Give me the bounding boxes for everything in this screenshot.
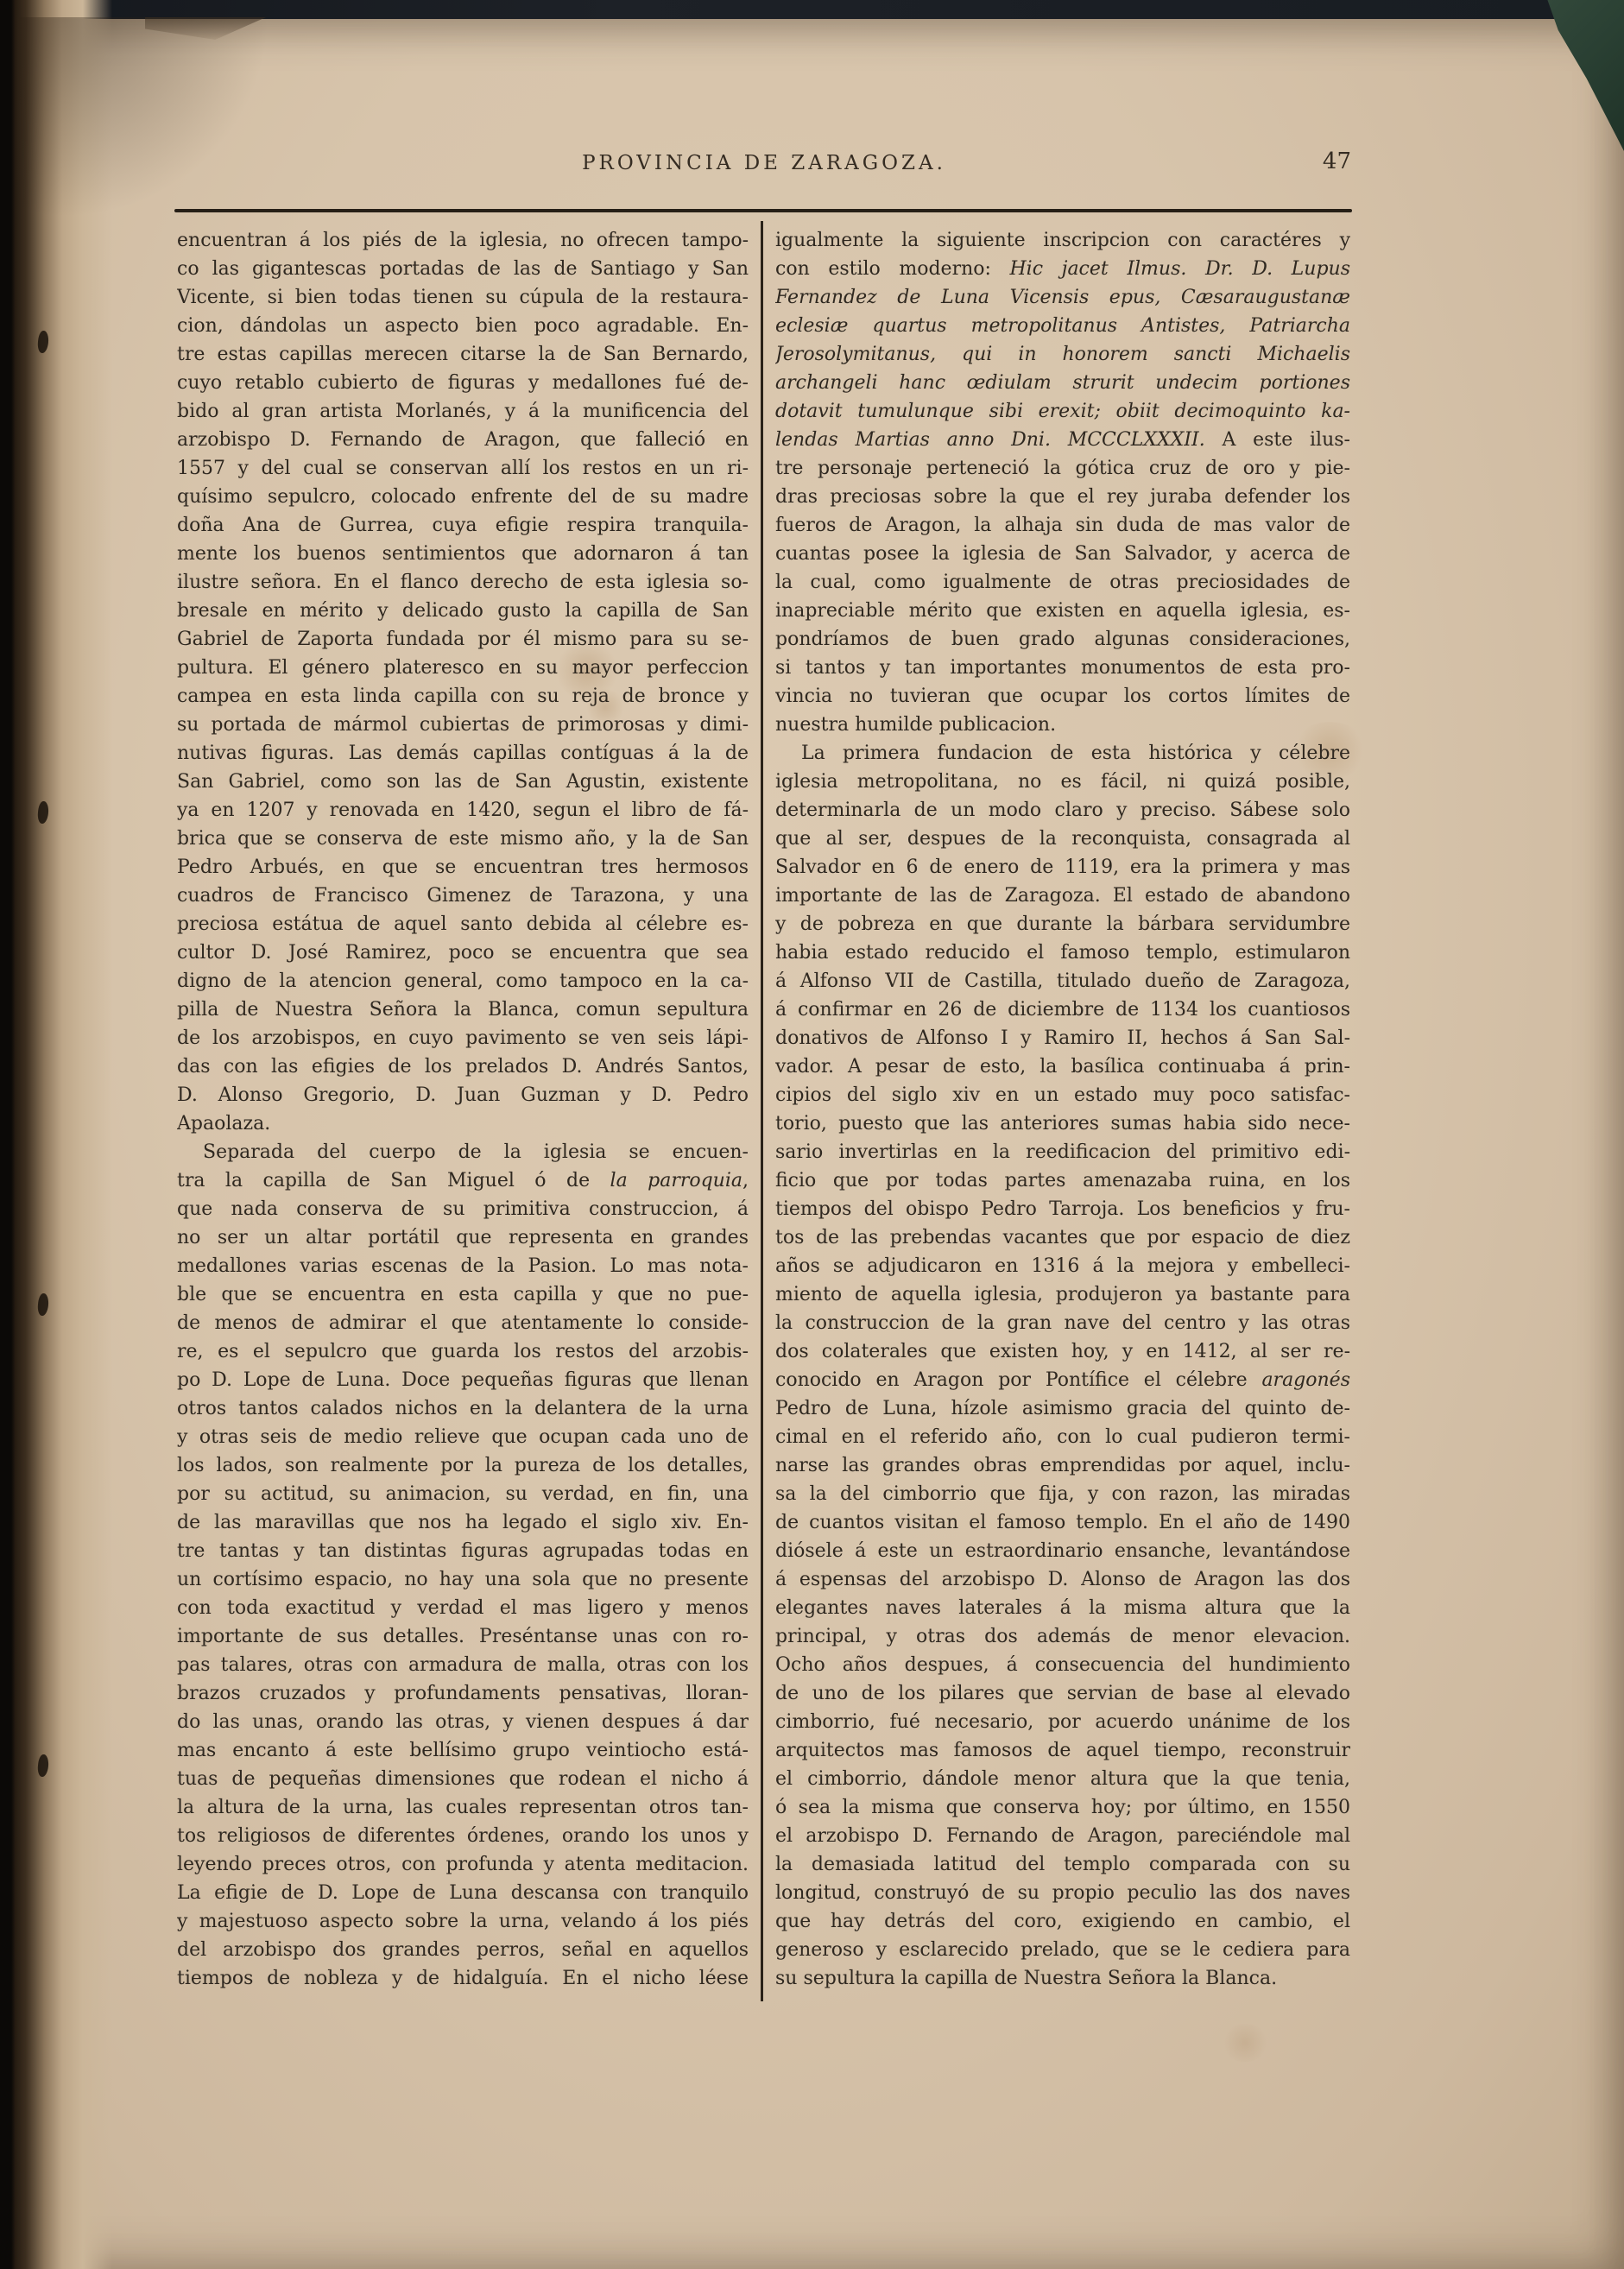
text-line: quísimo sepulcro, colocado enfrente del …: [177, 483, 749, 511]
text-segment: bido al gran artista Morlanés, y á la mu…: [177, 401, 749, 422]
text-segment: brica que se conserva de este mismo año,…: [177, 828, 749, 850]
text-segment: con estilo moderno:: [775, 258, 1010, 280]
text-line: de menos de admirar el que atentamente l…: [177, 1309, 749, 1337]
text-line: La efigie de D. Lope de Luna descansa co…: [177, 1879, 749, 1907]
text-line: tre personaje perteneció la gótica cruz …: [775, 454, 1350, 483]
text-line: mente los buenos sentimientos que adorna…: [177, 540, 749, 568]
text-line: La primera fundacion de esta histórica y…: [775, 739, 1350, 768]
text-segment: importante de sus detalles. Preséntanse …: [177, 1626, 749, 1647]
text-segment: importante de las de Zaragoza. El estado…: [775, 885, 1350, 907]
text-line: ble que se encuentra en esta capilla y q…: [177, 1280, 749, 1309]
text-line: conocido en Aragon por Pontífice el céle…: [775, 1366, 1350, 1394]
text-line: cimborrio, fué necesario, por acuerdo un…: [775, 1708, 1350, 1736]
text-line: de las maravillas que nos ha legado el s…: [177, 1508, 749, 1537]
text-segment: Jerosolymitanus, qui in honorem sancti M…: [775, 344, 1350, 365]
text-line: principal, y otras dos además de menor e…: [775, 1622, 1350, 1651]
text-segment: otros tantos calados nichos en la delant…: [177, 1398, 749, 1419]
text-segment: y otras seis de medio relieve que ocupan…: [177, 1426, 749, 1448]
text-line: re, es el sepulcro que guarda los restos…: [177, 1337, 749, 1366]
text-segment: pilla de Nuestra Señora la Blanca, comun…: [177, 999, 749, 1021]
text-line: un cortísimo espacio, no hay una sola qu…: [177, 1565, 749, 1594]
text-line: cuantas posee la iglesia de San Salvador…: [775, 540, 1350, 568]
text-segment: 1557 y del cual se conservan allí los re…: [177, 458, 749, 479]
text-segment: tos de las prebendas vacantes que por es…: [775, 1227, 1350, 1248]
text-segment: encuentran á los piés de la iglesia, no …: [177, 230, 749, 251]
text-line: do las unas, orando las otras, y vienen …: [177, 1708, 749, 1736]
text-segment: fueros de Aragon, la alhaja sin duda de …: [775, 515, 1350, 536]
text-segment: diósele á este un estraordinario ensanch…: [775, 1540, 1350, 1562]
text-line: importante de sus detalles. Preséntanse …: [177, 1622, 749, 1651]
text-segment: nuestra humilde publicacion.: [775, 714, 1056, 736]
text-segment: campea en esta linda capilla con su reja…: [177, 686, 749, 707]
text-segment: eclesiæ quartus metropolitanus Antistes,…: [775, 315, 1350, 337]
text-line: digno de la atencion general, como tampo…: [177, 967, 749, 995]
text-line: arquitectos mas famosos de aquel tiempo,…: [775, 1736, 1350, 1765]
text-line: sa la del cimborrio que fija, y con razo…: [775, 1480, 1350, 1508]
text-line: nutivas figuras. Las demás capillas cont…: [177, 739, 749, 768]
text-line: dos colaterales que existen hoy, y en 14…: [775, 1337, 1350, 1366]
text-segment: vincia no tuvieran que ocupar los cortos…: [775, 686, 1350, 707]
text-segment: determinarla de un modo claro y preciso.…: [775, 800, 1350, 821]
text-segment: longitud, construyó de su propio peculio…: [775, 1882, 1350, 1904]
text-line: brazos cruzados y profundaments pensativ…: [177, 1679, 749, 1708]
text-line: vincia no tuvieran que ocupar los cortos…: [775, 682, 1350, 711]
text-segment: doña Ana de Gurrea, cuya efigie respira …: [177, 515, 749, 536]
text-segment: con toda exactitud y verdad el mas liger…: [177, 1597, 749, 1619]
text-line: tiempos del obispo Pedro Tarroja. Los be…: [775, 1195, 1350, 1223]
text-line: Pedro Arbués, en que se encuentran tres …: [177, 853, 749, 882]
text-segment: los lados, son realmente por la pureza d…: [177, 1455, 749, 1476]
text-segment: digno de la atencion general, como tampo…: [177, 970, 749, 992]
text-segment: dotavit tumulunque sibi erexit; obiit de…: [775, 401, 1350, 422]
text-line: y de pobreza en que durante la bárbara s…: [775, 910, 1350, 939]
text-line: la construccion de la gran nave del cent…: [775, 1309, 1350, 1337]
text-line: ya en 1207 y renovada en 1420, segun el …: [177, 796, 749, 825]
text-segment: si tantos y tan importantes monumentos d…: [775, 657, 1350, 679]
text-segment: mas encanto á este bellísimo grupo veint…: [177, 1740, 749, 1761]
text-line: con estilo moderno: Hic jacet Ilmus. Dr.…: [775, 255, 1350, 283]
text-segment: habia estado reducido el famoso templo, …: [775, 942, 1350, 964]
text-line: años se adjudicaron en 1316 á la mejora …: [775, 1252, 1350, 1280]
text-segment: po D. Lope de Luna. Doce pequeñas figura…: [177, 1369, 749, 1391]
text-segment: tra la capilla de San Miguel ó de: [177, 1170, 610, 1191]
text-segment: su portada de mármol cubiertas de primor…: [177, 714, 749, 736]
text-line: po D. Lope de Luna. Doce pequeñas figura…: [177, 1366, 749, 1394]
text-line: longitud, construyó de su propio peculio…: [775, 1879, 1350, 1907]
text-segment: principal, y otras dos además de menor e…: [775, 1626, 1350, 1647]
text-line: Separada del cuerpo de la iglesia se enc…: [177, 1138, 749, 1166]
text-segment: La efigie de D. Lope de Luna descansa co…: [177, 1882, 749, 1904]
text-segment: años se adjudicaron en 1316 á la mejora …: [775, 1255, 1350, 1277]
text-line: no ser un altar portátil que representa …: [177, 1223, 749, 1252]
text-segment: tiempos de nobleza y de hidalguía. En el…: [177, 1968, 749, 1989]
text-segment: sario invertirlas en la reedificacion de…: [775, 1141, 1350, 1163]
text-segment: pas talares, otras con armadura de malla…: [177, 1654, 749, 1676]
text-line: nuestra humilde publicacion.: [775, 711, 1350, 739]
text-segment: re, es el sepulcro que guarda los restos…: [177, 1341, 749, 1362]
text-line: co las gigantescas portadas de las de Sa…: [177, 255, 749, 283]
text-line: y otras seis de medio relieve que ocupan…: [177, 1423, 749, 1451]
text-segment: cuadros de Francisco Gimenez de Tarazona…: [177, 885, 749, 907]
text-segment: Pedro Arbués, en que se encuentran tres …: [177, 856, 749, 878]
text-line: su portada de mármol cubiertas de primor…: [177, 711, 749, 739]
text-segment: cultor D. José Ramirez, poco se encuentr…: [177, 942, 749, 964]
text-segment: tiempos del obispo Pedro Tarroja. Los be…: [775, 1198, 1350, 1220]
text-segment: ilustre señora. En el flanco derecho de …: [177, 572, 749, 593]
book-page-scan: PROVINCIA DE ZARAGOZA. 47 encuentran á l…: [0, 0, 1624, 2269]
text-segment: lendas Martias anno Dni. MCCCLXXXII.: [775, 429, 1205, 451]
text-segment: ,: [742, 1170, 749, 1191]
text-segment: quísimo sepulcro, colocado enfrente del …: [177, 486, 749, 508]
text-line: eclesiæ quartus metropolitanus Antistes,…: [775, 312, 1350, 340]
text-line: campea en esta linda capilla con su reja…: [177, 682, 749, 711]
text-segment: das con las efigies de los prelados D. A…: [177, 1056, 749, 1078]
text-segment: tre estas capillas merecen citarse la de…: [177, 344, 749, 365]
text-segment: la cual, como igualmente de otras precio…: [775, 572, 1350, 593]
text-line: igualmente la siguiente inscripcion con …: [775, 226, 1350, 255]
text-segment: mente los buenos sentimientos que adorna…: [177, 543, 749, 565]
text-line: dotavit tumulunque sibi erexit; obiit de…: [775, 397, 1350, 426]
text-line: elegantes naves laterales á la misma alt…: [775, 1594, 1350, 1622]
text-segment: cimal en el referido año, con lo cual pu…: [775, 1426, 1350, 1448]
text-line: D. Alonso Gregorio, D. Juan Guzman y D. …: [177, 1081, 749, 1109]
text-line: si tantos y tan importantes monumentos d…: [775, 654, 1350, 682]
text-segment: que al ser, despues de la reconquista, c…: [775, 828, 1350, 850]
text-line: pondríamos de buen grado algunas conside…: [775, 625, 1350, 654]
running-title: PROVINCIA DE ZARAGOZA.: [177, 152, 1351, 174]
text-segment: Ocho años despues, á consecuencia del hu…: [775, 1654, 1350, 1676]
text-segment: dras preciosas sobre la que el rey jurab…: [775, 486, 1350, 508]
text-line: importante de las de Zaragoza. El estado…: [775, 882, 1350, 910]
text-line: ó sea la misma que conserva hoy; por últ…: [775, 1793, 1350, 1822]
text-segment: la demasiada latitud del templo comparad…: [775, 1854, 1350, 1875]
text-segment: aragonés: [1261, 1369, 1350, 1391]
text-segment: donativos de Alfonso I y Ramiro II, hech…: [775, 1027, 1350, 1049]
text-line: el cimborrio, dándole menor altura que l…: [775, 1765, 1350, 1793]
text-segment: cuantas posee la iglesia de San Salvador…: [775, 543, 1350, 565]
text-segment: La primera fundacion de esta histórica y…: [801, 743, 1350, 764]
text-line: pilla de Nuestra Señora la Blanca, comun…: [177, 995, 749, 1024]
book-cover-edge-top: [0, 0, 1624, 19]
text-segment: ble que se encuentra en esta capilla y q…: [177, 1284, 749, 1305]
text-line: á espensas del arzobispo D. Alonso de Ar…: [775, 1565, 1350, 1594]
text-segment: de uno de los pilares que servian de bas…: [775, 1683, 1350, 1704]
text-segment: San Gabriel, como son las de San Agustin…: [177, 771, 749, 793]
text-line: Pedro de Luna, hízole asimismo gracia de…: [775, 1394, 1350, 1423]
text-line: San Gabriel, como son las de San Agustin…: [177, 768, 749, 796]
text-line: Jerosolymitanus, qui in honorem sancti M…: [775, 340, 1350, 369]
text-line: los lados, son realmente por la pureza d…: [177, 1451, 749, 1480]
text-line: donativos de Alfonso I y Ramiro II, hech…: [775, 1024, 1350, 1052]
text-line: dras preciosas sobre la que el rey jurab…: [775, 483, 1350, 511]
text-line: arzobispo D. Fernando de Aragon, que fal…: [177, 426, 749, 454]
text-line: cuadros de Francisco Gimenez de Tarazona…: [177, 882, 749, 910]
text-segment: la altura de la urna, las cuales represe…: [177, 1797, 749, 1818]
text-segment: la construccion de la gran nave del cent…: [775, 1312, 1350, 1334]
text-segment: un cortísimo espacio, no hay una sola qu…: [177, 1569, 749, 1590]
text-line: á Alfonso VII de Castilla, titulado dueñ…: [775, 967, 1350, 995]
text-segment: cion, dándolas un aspecto bien poco agra…: [177, 315, 749, 337]
text-segment: que hay detrás del coro, exigiendo en ca…: [775, 1911, 1350, 1932]
text-line: iglesia metropolitana, no es fácil, ni q…: [775, 768, 1350, 796]
text-segment: tre tantas y tan distintas figuras agrup…: [177, 1540, 749, 1562]
text-line: das con las efigies de los prelados D. A…: [177, 1052, 749, 1081]
text-segment: medallones varias escenas de la Pasion. …: [177, 1255, 749, 1277]
text-line: que al ser, despues de la reconquista, c…: [775, 825, 1350, 853]
text-segment: arquitectos mas famosos de aquel tiempo,…: [775, 1740, 1350, 1761]
text-line: otros tantos calados nichos en la delant…: [177, 1394, 749, 1423]
text-line: á confirmar en 26 de diciembre de 1134 l…: [775, 995, 1350, 1024]
text-segment: do las unas, orando las otras, y vienen …: [177, 1711, 749, 1733]
text-segment: de los arzobispos, en cuyo pavimento se …: [177, 1027, 749, 1049]
text-line: determinarla de un modo claro y preciso.…: [775, 796, 1350, 825]
text-segment: Gabriel de Zaporta fundada por él mismo …: [177, 629, 749, 650]
text-segment: ficio que por todas partes amenazaba rui…: [775, 1170, 1350, 1191]
text-line: fueros de Aragon, la alhaja sin duda de …: [775, 511, 1350, 540]
text-segment: Salvador en 6 de enero de 1119, era la p…: [775, 856, 1350, 878]
text-segment: Apaolaza.: [177, 1113, 270, 1134]
left-column: encuentran á los piés de la iglesia, no …: [177, 226, 749, 1993]
text-segment: ya en 1207 y renovada en 1420, segun el …: [177, 800, 749, 821]
text-line: preciosa estátua de aquel santo debida a…: [177, 910, 749, 939]
text-segment: de menos de admirar el que atentamente l…: [177, 1312, 749, 1334]
text-line: Gabriel de Zaporta fundada por él mismo …: [177, 625, 749, 654]
text-line: cimal en el referido año, con lo cual pu…: [775, 1423, 1350, 1451]
text-line: miento de aquella iglesia, produjeron ya…: [775, 1280, 1350, 1309]
text-line: lendas Martias anno Dni. MCCCLXXXII. A e…: [775, 426, 1350, 454]
text-segment: D. Alonso Gregorio, D. Juan Guzman y D. …: [177, 1084, 749, 1106]
text-segment: su sepultura la capilla de Nuestra Señor…: [775, 1968, 1277, 1989]
text-line: diósele á este un estraordinario ensanch…: [775, 1537, 1350, 1565]
text-line: Ocho años despues, á consecuencia del hu…: [775, 1651, 1350, 1679]
text-segment: pondríamos de buen grado algunas conside…: [775, 629, 1350, 650]
text-line: inapreciable mérito que existen en aquel…: [775, 597, 1350, 625]
text-line: habia estado reducido el famoso templo, …: [775, 939, 1350, 967]
text-line: del arzobispo dos grandes perros, señal …: [177, 1936, 749, 1964]
text-segment: y majestuoso aspecto sobre la urna, vela…: [177, 1911, 749, 1932]
text-segment: nutivas figuras. Las demás capillas cont…: [177, 743, 749, 764]
text-line: pultura. El género plateresco en su mayo…: [177, 654, 749, 682]
text-line: 1557 y del cual se conservan allí los re…: [177, 454, 749, 483]
text-segment: vador. A pesar de esto, la basílica cont…: [775, 1056, 1350, 1078]
text-line: narse las grandes obras emprendidas por …: [775, 1451, 1350, 1480]
text-segment: y de pobreza en que durante la bárbara s…: [775, 913, 1350, 935]
right-column: igualmente la siguiente inscripcion con …: [775, 226, 1350, 1993]
text-line: pas talares, otras con armadura de malla…: [177, 1651, 749, 1679]
text-line: bresale en mérito y delicado gusto la ca…: [177, 597, 749, 625]
text-line: Apaolaza.: [177, 1109, 749, 1138]
text-line: por su actitud, su animacion, su verdad,…: [177, 1480, 749, 1508]
text-line: la cual, como igualmente de otras precio…: [775, 568, 1350, 597]
text-segment: torio, puesto que las anteriores sumas h…: [775, 1113, 1350, 1134]
page-number: 47: [1299, 149, 1351, 174]
text-line: cuyo retablo cubierto de figuras y medal…: [177, 369, 749, 397]
text-line: bido al gran artista Morlanés, y á la mu…: [177, 397, 749, 426]
text-segment: A este ilus-: [1205, 429, 1350, 451]
text-line: Vicente, si bien todas tienen su cúpula …: [177, 283, 749, 312]
text-line: leyendo preces otros, con profunda y ate…: [177, 1850, 749, 1879]
text-line: tos de las prebendas vacantes que por es…: [775, 1223, 1350, 1252]
text-segment: Vicente, si bien todas tienen su cúpula …: [177, 287, 749, 308]
text-segment: archangeli hanc œdiulam strurit undecim …: [775, 372, 1350, 394]
text-segment: generoso y esclarecido prelado, que se l…: [775, 1939, 1350, 1961]
text-line: la altura de la urna, las cuales represe…: [177, 1793, 749, 1822]
text-segment: igualmente la siguiente inscripcion con …: [775, 230, 1350, 251]
text-segment: Pedro de Luna, hízole asimismo gracia de…: [775, 1398, 1350, 1419]
text-line: sario invertirlas en la reedificacion de…: [775, 1138, 1350, 1166]
text-line: que nada conserva de su primitiva constr…: [177, 1195, 749, 1223]
text-line: tos religiosos de diferentes órdenes, or…: [177, 1822, 749, 1850]
book-spine-gutter: [0, 0, 112, 2269]
text-segment: preciosa estátua de aquel santo debida a…: [177, 913, 749, 935]
text-segment: ó sea la misma que conserva hoy; por últ…: [775, 1797, 1350, 1818]
text-segment: no ser un altar portátil que representa …: [177, 1227, 749, 1248]
text-line: torio, puesto que las anteriores sumas h…: [775, 1109, 1350, 1138]
text-segment: elegantes naves laterales á la misma alt…: [775, 1597, 1350, 1619]
text-segment: narse las grandes obras emprendidas por …: [775, 1455, 1350, 1476]
text-segment: por su actitud, su animacion, su verdad,…: [177, 1483, 749, 1505]
text-segment: de las maravillas que nos ha legado el s…: [177, 1512, 749, 1533]
text-segment: á espensas del arzobispo D. Alonso de Ar…: [775, 1569, 1350, 1590]
text-line: generoso y esclarecido prelado, que se l…: [775, 1936, 1350, 1964]
text-line: el arzobispo D. Fernando de Aragon, pare…: [775, 1822, 1350, 1850]
text-line: su sepultura la capilla de Nuestra Señor…: [775, 1964, 1350, 1993]
text-line: encuentran á los piés de la iglesia, no …: [177, 226, 749, 255]
text-line: vador. A pesar de esto, la basílica cont…: [775, 1052, 1350, 1081]
text-segment: cimborrio, fué necesario, por acuerdo un…: [775, 1711, 1350, 1733]
text-line: ilustre señora. En el flanco derecho de …: [177, 568, 749, 597]
text-line: doña Ana de Gurrea, cuya efigie respira …: [177, 511, 749, 540]
text-segment: inapreciable mérito que existen en aquel…: [775, 600, 1350, 622]
text-line: la demasiada latitud del templo comparad…: [775, 1850, 1350, 1879]
text-line: de uno de los pilares que servian de bas…: [775, 1679, 1350, 1708]
text-line: tre tantas y tan distintas figuras agrup…: [177, 1537, 749, 1565]
text-segment: de cuantos visitan el famoso templo. En …: [775, 1512, 1350, 1533]
text-segment: brazos cruzados y profundaments pensativ…: [177, 1683, 749, 1704]
text-line: Fernandez de Luna Vicensis epus, Cæsarau…: [775, 283, 1350, 312]
text-line: ficio que por todas partes amenazaba rui…: [775, 1166, 1350, 1195]
text-line: mas encanto á este bellísimo grupo veint…: [177, 1736, 749, 1765]
text-line: cion, dándolas un aspecto bien poco agra…: [177, 312, 749, 340]
header-rule: [174, 209, 1352, 212]
text-segment: del arzobispo dos grandes perros, señal …: [177, 1939, 749, 1961]
text-segment: iglesia metropolitana, no es fácil, ni q…: [775, 771, 1350, 793]
text-segment: que nada conserva de su primitiva constr…: [177, 1198, 749, 1220]
text-line: tuas de pequeñas dimensiones que rodean …: [177, 1765, 749, 1793]
text-line: tra la capilla de San Miguel ó de la par…: [177, 1166, 749, 1195]
text-line: con toda exactitud y verdad el mas liger…: [177, 1594, 749, 1622]
text-segment: sa la del cimborrio que fija, y con razo…: [775, 1483, 1350, 1505]
text-segment: cuyo retablo cubierto de figuras y medal…: [177, 372, 749, 394]
text-segment: tuas de pequeñas dimensiones que rodean …: [177, 1768, 749, 1790]
text-segment: arzobispo D. Fernando de Aragon, que fal…: [177, 429, 749, 451]
text-line: archangeli hanc œdiulam strurit undecim …: [775, 369, 1350, 397]
text-line: cipios del siglo xiv en un estado muy po…: [775, 1081, 1350, 1109]
text-segment: bresale en mérito y delicado gusto la ca…: [177, 600, 749, 622]
text-line: de los arzobispos, en cuyo pavimento se …: [177, 1024, 749, 1052]
text-segment: la parroquia: [610, 1170, 742, 1191]
text-line: y majestuoso aspecto sobre la urna, vela…: [177, 1907, 749, 1936]
text-line: tiempos de nobleza y de hidalguía. En el…: [177, 1964, 749, 1993]
text-segment: á Alfonso VII de Castilla, titulado dueñ…: [775, 970, 1350, 992]
text-line: medallones varias escenas de la Pasion. …: [177, 1252, 749, 1280]
text-line: que hay detrás del coro, exigiendo en ca…: [775, 1907, 1350, 1936]
text-segment: leyendo preces otros, con profunda y ate…: [177, 1854, 749, 1875]
text-segment: Hic jacet Ilmus. Dr. D. Lupus: [1010, 258, 1351, 280]
text-segment: el arzobispo D. Fernando de Aragon, pare…: [775, 1825, 1350, 1847]
text-segment: dos colaterales que existen hoy, y en 14…: [775, 1341, 1350, 1362]
text-line: cultor D. José Ramirez, poco se encuentr…: [177, 939, 749, 967]
text-segment: tos religiosos de diferentes órdenes, or…: [177, 1825, 749, 1847]
text-line: tre estas capillas merecen citarse la de…: [177, 340, 749, 369]
text-segment: cipios del siglo xiv en un estado muy po…: [775, 1084, 1350, 1106]
text-segment: Separada del cuerpo de la iglesia se enc…: [203, 1141, 749, 1163]
text-segment: conocido en Aragon por Pontífice el céle…: [775, 1369, 1261, 1391]
text-segment: el cimborrio, dándole menor altura que l…: [775, 1768, 1350, 1790]
column-divider: [761, 221, 763, 2001]
text-segment: pultura. El género plateresco en su mayo…: [177, 657, 749, 679]
text-segment: miento de aquella iglesia, produjeron ya…: [775, 1284, 1350, 1305]
text-segment: Fernandez de Luna Vicensis epus, Cæsarau…: [775, 287, 1350, 308]
text-segment: tre personaje perteneció la gótica cruz …: [775, 458, 1350, 479]
text-line: Salvador en 6 de enero de 1119, era la p…: [775, 853, 1350, 882]
text-segment: á confirmar en 26 de diciembre de 1134 l…: [775, 999, 1350, 1021]
text-segment: co las gigantescas portadas de las de Sa…: [177, 258, 749, 280]
text-line: brica que se conserva de este mismo año,…: [177, 825, 749, 853]
text-line: de cuantos visitan el famoso templo. En …: [775, 1508, 1350, 1537]
